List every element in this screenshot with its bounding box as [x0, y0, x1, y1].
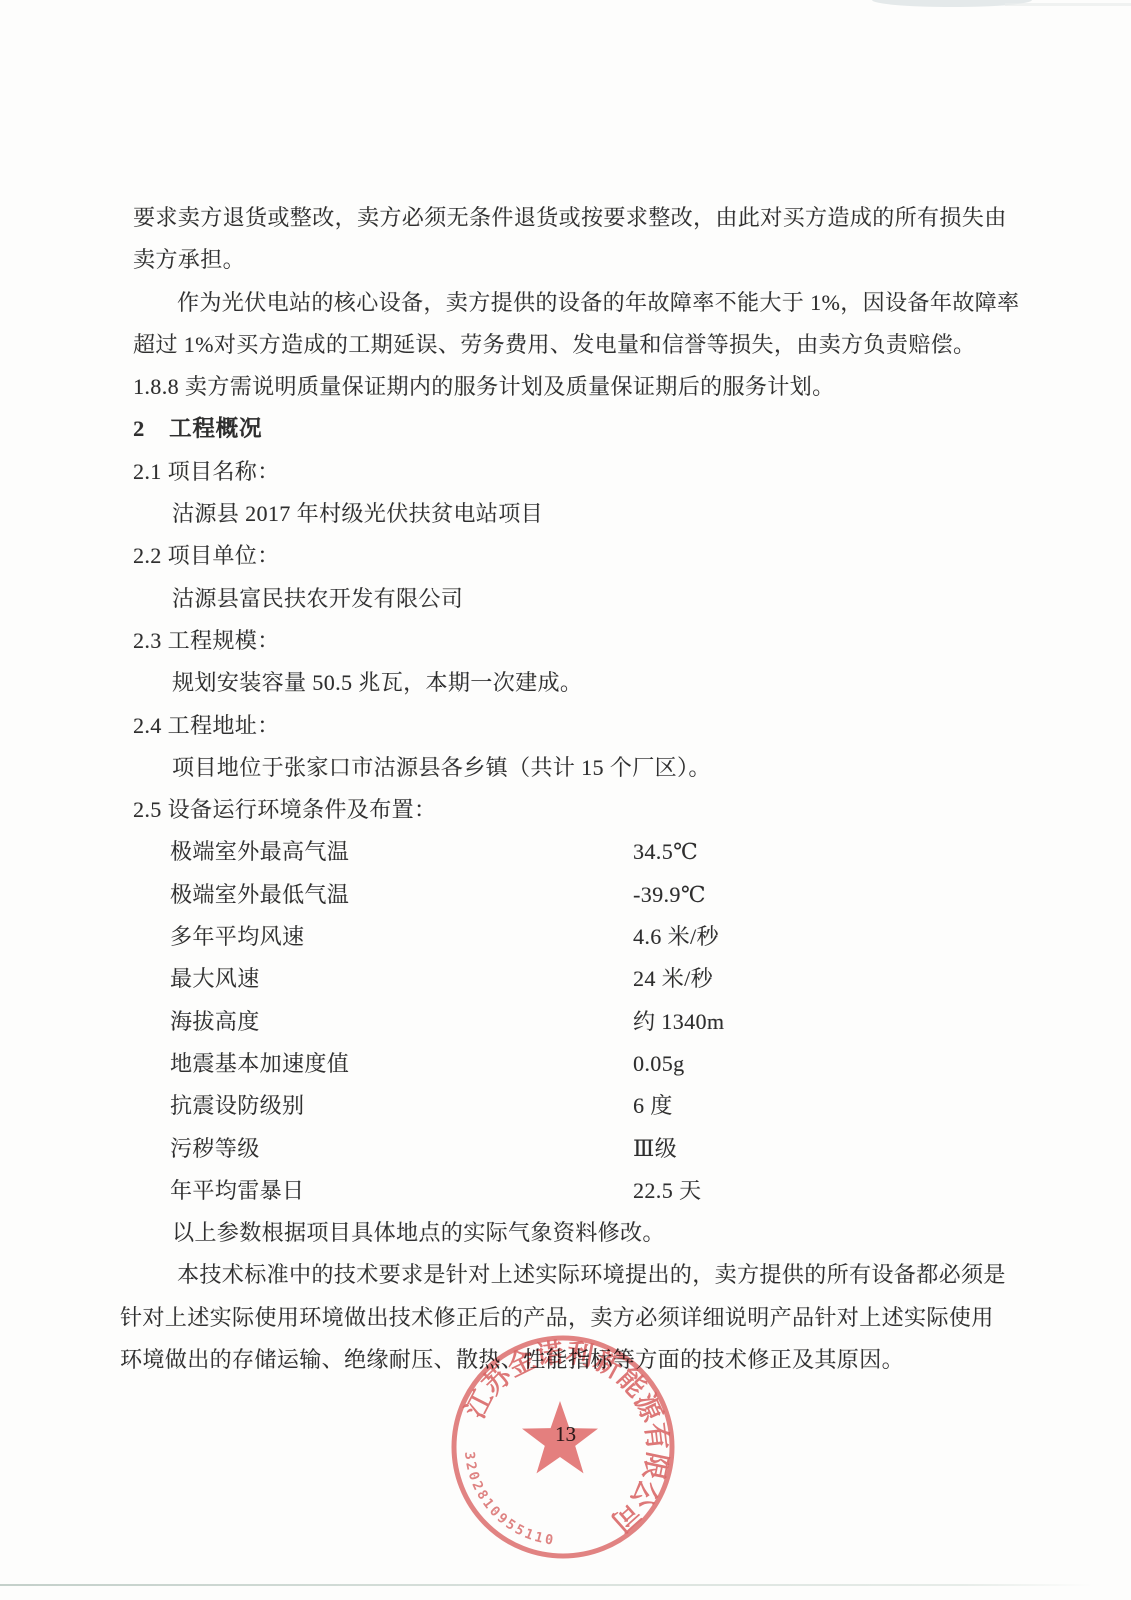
subsection-2-1-value: 沽源县 2017 年村级光伏扶贫电站项目 — [133, 493, 1018, 535]
env-note: 以上参数根据项目具体地点的实际气象资料修改。 — [133, 1212, 1018, 1254]
env-value: 24 米/秒 — [633, 958, 1018, 1000]
env-value: 0.05g — [633, 1043, 1018, 1085]
section-title: 工程概况 — [169, 416, 262, 441]
env-value: 22.5 天 — [633, 1170, 1018, 1212]
clause-1-8-8: 1.8.8 卖方需说明质量保证期内的服务计划及质量保证期后的服务计划。 — [133, 366, 1018, 408]
env-row: 地震基本加速度值 0.05g — [133, 1043, 1018, 1085]
env-row: 最大风速 24 米/秒 — [133, 958, 1018, 1000]
subsection-2-4-label: 2.4 工程地址： — [133, 705, 1018, 747]
env-value: 6 度 — [633, 1085, 1018, 1127]
env-param: 污秽等级 — [133, 1128, 633, 1170]
section-number: 2 — [133, 416, 145, 441]
env-value: Ⅲ级 — [633, 1128, 1018, 1170]
body-line: 作为光伏电站的核心设备，卖方提供的设备的年故障率不能大于 1%，因设备年故障率 — [133, 282, 1018, 324]
scan-artifact-top-smudge-2 — [1005, 3, 1131, 6]
subsection-2-3-label: 2.3 工程规模： — [133, 620, 1018, 662]
scanned-document-page: 要求卖方退货或整改，卖方必须无条件退货或按要求整改，由此对买方造成的所有损失由 … — [0, 0, 1131, 1600]
env-row: 污秽等级 Ⅲ级 — [133, 1128, 1018, 1170]
env-param: 地震基本加速度值 — [133, 1043, 633, 1085]
env-row: 海拔高度 约 1340m — [133, 1001, 1018, 1043]
env-param: 极端室外最低气温 — [133, 874, 633, 916]
section-2-heading: 2工程概况 — [133, 408, 1018, 450]
subsection-2-5-label: 2.5 设备运行环境条件及布置： — [133, 789, 1018, 831]
subsection-2-4-value: 项目地位于张家口市沽源县各乡镇（共计 15 个厂区）。 — [133, 747, 1018, 789]
env-param: 抗震设防级别 — [133, 1085, 633, 1127]
body-line: 要求卖方退货或整改，卖方必须无条件退货或按要求整改，由此对买方造成的所有损失由 — [133, 197, 1018, 239]
subsection-2-3-value: 规划安装容量 50.5 兆瓦，本期一次建成。 — [133, 662, 1018, 704]
env-param: 极端室外最高气温 — [133, 831, 633, 873]
env-row: 多年平均风速 4.6 米/秒 — [133, 916, 1018, 958]
env-value: 34.5℃ — [633, 831, 1018, 873]
company-seal-stamp: 江苏金诺利新能源有限公司 3202810955110 — [443, 1327, 683, 1567]
body-line: 超过 1%对买方造成的工期延误、劳务费用、发电量和信誉等损失，由卖方负责赔偿。 — [133, 324, 1018, 366]
env-param: 多年平均风速 — [133, 916, 633, 958]
body-line: 本技术标准中的技术要求是针对上述实际环境提出的，卖方提供的所有设备都必须是 — [133, 1254, 1018, 1296]
env-row: 极端室外最低气温 -39.9℃ — [133, 874, 1018, 916]
env-value: 约 1340m — [633, 1001, 1018, 1043]
subsection-2-1-label: 2.1 项目名称： — [133, 451, 1018, 493]
env-value: 4.6 米/秒 — [633, 916, 1018, 958]
env-row: 年平均雷暴日 22.5 天 — [133, 1170, 1018, 1212]
seal-star-icon — [522, 1401, 598, 1473]
document-body: 要求卖方退货或整改，卖方必须无条件退货或按要求整改，由此对买方造成的所有损失由 … — [133, 197, 1018, 1381]
env-param: 年平均雷暴日 — [133, 1170, 633, 1212]
subsection-2-2-label: 2.2 项目单位： — [133, 535, 1018, 577]
scan-artifact-bottom-line — [0, 1584, 1093, 1586]
env-row: 抗震设防级别 6 度 — [133, 1085, 1018, 1127]
env-param: 海拔高度 — [133, 1001, 633, 1043]
env-param: 最大风速 — [133, 958, 633, 1000]
subsection-2-2-value: 沽源县富民扶农开发有限公司 — [133, 578, 1018, 620]
env-row: 极端室外最高气温 34.5℃ — [133, 831, 1018, 873]
env-value: -39.9℃ — [633, 874, 1018, 916]
body-line: 卖方承担。 — [133, 239, 1018, 281]
